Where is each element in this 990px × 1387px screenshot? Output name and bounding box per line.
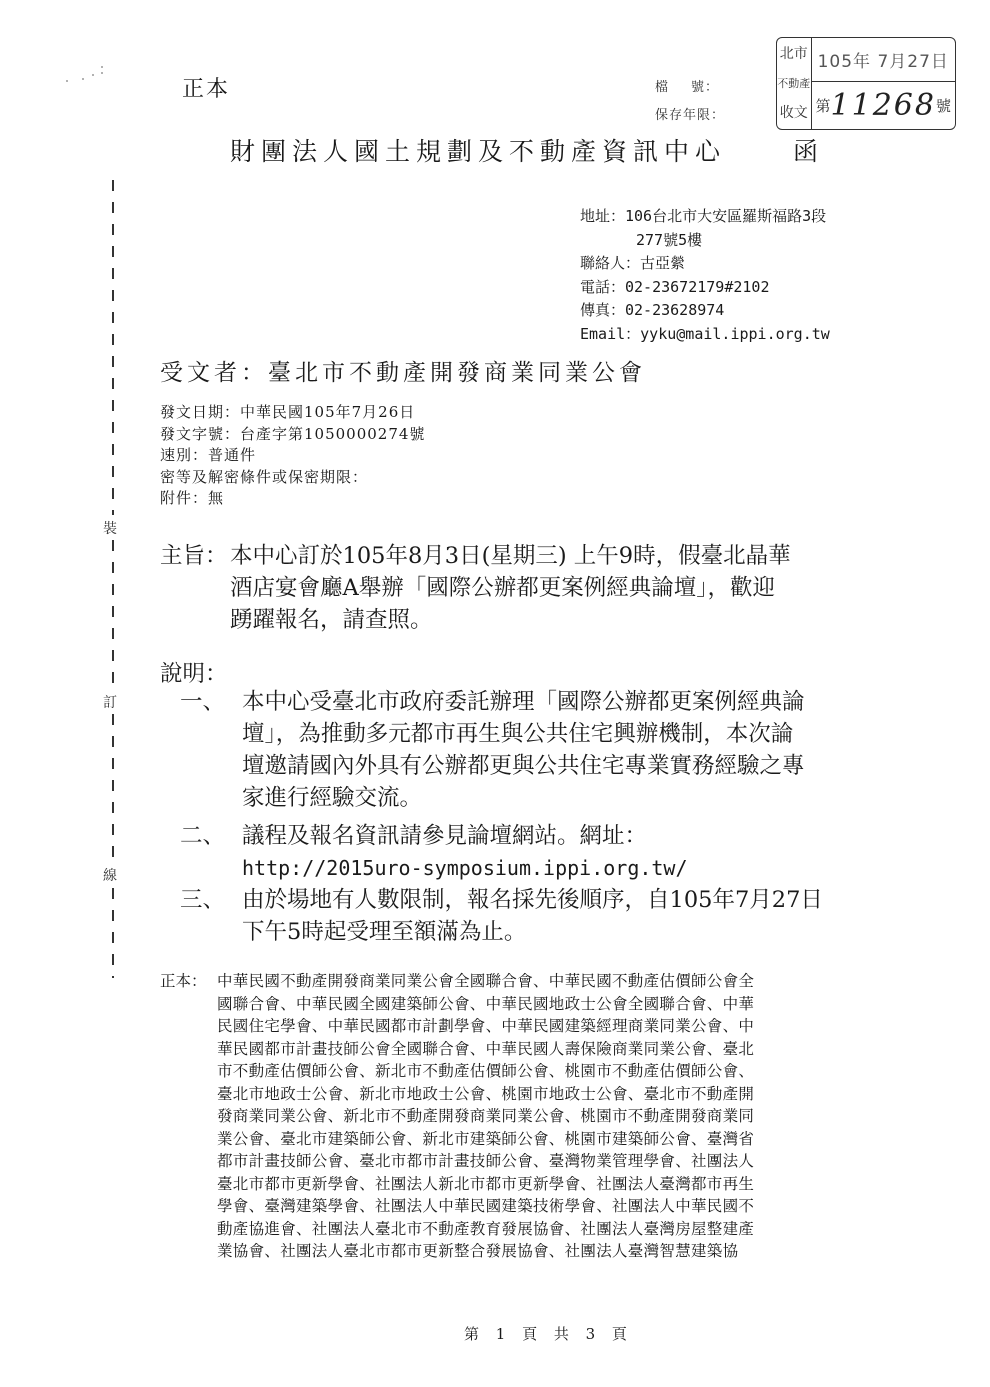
cc-line: 業協會、社團法人臺北市都市更新整合發展協會、社團法人臺灣智慧建築協 xyxy=(217,1240,754,1263)
item-number: 二、 xyxy=(180,820,225,852)
priority: 速別：普通件 xyxy=(160,445,425,467)
issuing-organization: 財團法人國土規劃及不動產資訊中心 xyxy=(230,132,726,168)
cc-line: 民國住宅學會、中華民國都市計劃學會、中華民國建築經理商業同業公會、中 xyxy=(217,1015,754,1038)
stamp-number-suffix: 號 xyxy=(936,95,951,116)
retention-period-label: 保存年限： xyxy=(655,104,725,123)
scan-speck xyxy=(66,80,68,82)
confidentiality: 密等及解密條件或保密期限： xyxy=(160,467,425,489)
binding-char: 裝 xyxy=(103,518,117,538)
stamp-agency-line: 收文 xyxy=(780,106,808,120)
stamp-agency-line: 北市 xyxy=(780,47,808,61)
cc-line: 發商業同業公會、新北市不動產開發商業同業公會、桃園市不動產開發商業同 xyxy=(217,1105,754,1128)
attachments: 附件：無 xyxy=(160,488,425,510)
explanation-item: 三、 由於場地有人數限制，報名採先後順序，自105年7月27日 下午5時起受理至… xyxy=(180,884,823,948)
item-number: 三、 xyxy=(180,884,225,916)
stamp-number-prefix: 第 xyxy=(816,95,831,116)
explanation-label: 說明： xyxy=(160,656,228,688)
binding-char: 訂 xyxy=(103,692,117,712)
stamp-number: 第 11268 號 xyxy=(812,82,955,129)
item-number: 一、 xyxy=(180,686,225,718)
carbon-copy-section: 正本： 中華民國不動產開發商業同業公會全國聯合會、中華民國不動產估價師公會全 國… xyxy=(160,970,754,1263)
binding-dash xyxy=(112,888,114,978)
subject-line: 本中心訂於105年8月3日(星期三) 上午9時，假臺北晶華 xyxy=(230,540,890,572)
item-line: 議程及報名資訊請參見論壇網站。網址： xyxy=(242,820,688,852)
subject-section: 主旨： 本中心訂於105年8月3日(星期三) 上午9時，假臺北晶華 酒店宴會廳A… xyxy=(160,540,890,636)
explanation-item: 二、 議程及報名資訊請參見論壇網站。網址： http://2015uro-sym… xyxy=(180,820,688,884)
binding-dash xyxy=(112,540,114,690)
contact-block: 地址：106台北市大安區羅斯福路3段 277號5樓 聯絡人：古亞縈 電話：02-… xyxy=(580,205,830,346)
document-fields: 發文日期：中華民國105年7月26日 發文字號：台產字第1050000274號 … xyxy=(160,402,425,510)
subject-line: 酒店宴會廳A舉辦「國際公辦都更案例經典論壇」，歡迎 xyxy=(230,572,890,604)
stamp-agency-line: 不動產 xyxy=(777,78,810,89)
cc-line: 華民國都市計畫技師公會全國聯合會、中華民國人壽保險商業同業公會、臺北 xyxy=(217,1038,754,1061)
file-number-label: 檔號： xyxy=(655,76,719,95)
explanation-item: 一、 本中心受臺北市政府委託辦理「國際公辦都更案例經典論 壇」，為推動多元都市再… xyxy=(180,686,805,814)
subject-line: 踴躍報名，請查照。 xyxy=(230,604,890,636)
cc-line: 學會、臺灣建築學會、社團法人中華民國建築技術學會、社團法人中華民國不 xyxy=(217,1195,754,1218)
item-line: 壇」，為推動多元都市再生與公共住宅興辦機制，本次論 xyxy=(242,718,805,750)
scan-speck xyxy=(101,72,103,74)
subject-label: 主旨： xyxy=(160,540,228,572)
stamp-agency: 北市 不動產 收文 xyxy=(777,38,812,129)
contact-address-cont: 277號5樓 xyxy=(580,229,830,253)
binding-dash xyxy=(112,180,114,515)
cc-line: 臺北市地政士公會、新北市地政士公會、桃園市地政士公會、臺北市不動產開 xyxy=(217,1083,754,1106)
cc-line: 中華民國不動產開發商業同業公會全國聯合會、中華民國不動產估價師公會全 xyxy=(217,970,754,993)
page-indicator: 第 1 頁 共 3 頁 xyxy=(464,1323,633,1344)
copy-type-label: 正本 xyxy=(182,72,230,103)
binding-line: 裝 訂 線 xyxy=(112,180,114,980)
file-number-label-b: 號： xyxy=(691,80,719,95)
recipient: 受文者：臺北市不動產開發商業同業公會 xyxy=(160,354,646,387)
item-line: 本中心受臺北市政府委託辦理「國際公辦都更案例經典論 xyxy=(242,686,805,718)
item-line: 壇邀請國內外具有公辦都更與公共住宅專業實務經驗之專 xyxy=(242,750,805,782)
binding-char: 線 xyxy=(103,865,117,885)
contact-email: Email：yyku@mail.ippi.org.tw xyxy=(580,323,830,347)
scan-speck xyxy=(82,78,84,80)
receipt-stamp: 北市 不動產 收文 105年 7月27日 第 11268 號 xyxy=(776,37,956,130)
stamp-number-value: 11268 xyxy=(831,88,936,123)
file-number-label-a: 檔 xyxy=(655,80,669,95)
document-kind: 函 xyxy=(793,132,818,168)
symposium-url-link[interactable]: http://2015uro-symposium.ippi.org.tw/ xyxy=(242,852,688,884)
cc-line: 動產協進會、社團法人臺北市不動產教育發展協會、社團法人臺灣房屋整建產 xyxy=(217,1218,754,1241)
scan-speck xyxy=(101,66,103,68)
issue-number: 發文字號：台產字第1050000274號 xyxy=(160,424,425,446)
contact-address: 地址：106台北市大安區羅斯福路3段 xyxy=(580,205,830,229)
cc-line: 市不動產估價師公會、新北市不動產估價師公會、桃園市不動產估價師公會、 xyxy=(217,1060,754,1083)
cc-line: 都市計畫技師公會、臺北市都市計畫技師公會、臺灣物業管理學會、社團法人 xyxy=(217,1150,754,1173)
carbon-copy-label: 正本： xyxy=(160,970,207,993)
issue-date: 發文日期：中華民國105年7月26日 xyxy=(160,402,425,424)
scan-speck xyxy=(92,74,94,76)
contact-person: 聯絡人：古亞縈 xyxy=(580,252,830,276)
binding-dash xyxy=(112,714,114,864)
cc-line: 國聯合會、中華民國全國建築師公會、中華民國地政士公會全國聯合會、中華 xyxy=(217,993,754,1016)
item-line: 家進行經驗交流。 xyxy=(242,782,805,814)
contact-fax: 傳真：02-23628974 xyxy=(580,299,830,323)
cc-line: 業公會、臺北市建築師公會、新北市建築師公會、桃園市建築師公會、臺灣省 xyxy=(217,1128,754,1151)
stamp-date: 105年 7月27日 xyxy=(812,38,955,82)
cc-line: 臺北市都市更新學會、社團法人新北市都市更新學會、社團法人臺灣都市再生 xyxy=(217,1173,754,1196)
contact-phone: 電話：02-23672179#2102 xyxy=(580,276,830,300)
item-line: 下午5時起受理至額滿為止。 xyxy=(242,916,823,948)
item-line: 由於場地有人數限制，報名採先後順序，自105年7月27日 xyxy=(242,884,823,916)
